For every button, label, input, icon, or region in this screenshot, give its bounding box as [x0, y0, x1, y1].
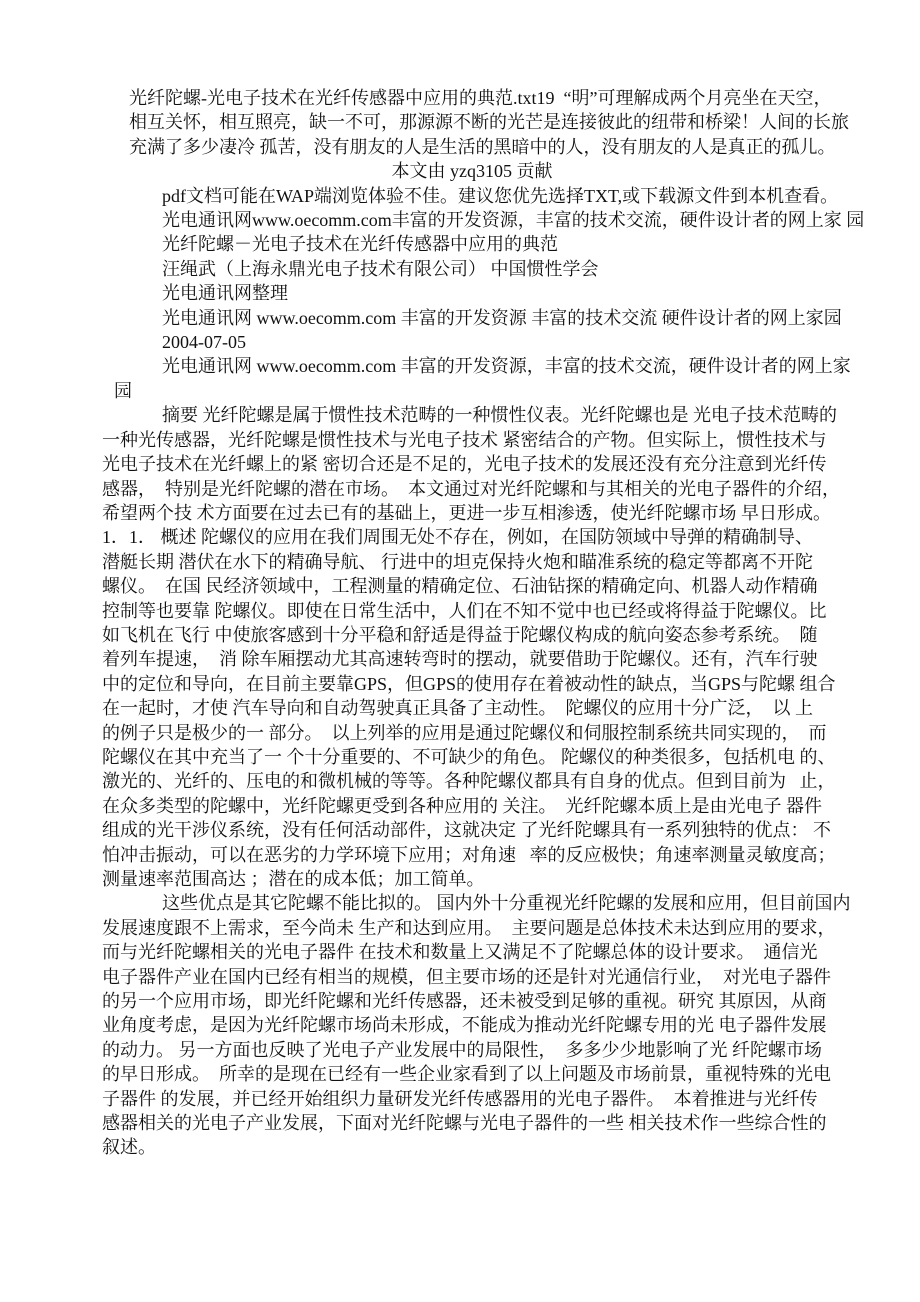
doc-line: 中的定位和导向，在目前主要靠GPS，但GPS的使用存在着被动性的缺点，当GPS与…	[102, 672, 842, 696]
doc-line: 希望两个技 术方面要在过去已有的基础上，更进一步互相渗透，使光纤陀螺市场 早日形…	[102, 501, 842, 525]
site-banner-line: 光电通讯网 www.oecomm.com 丰富的开发资源 丰富的技术交流 硬件设…	[162, 306, 842, 330]
wap-notice-line: pdf文档可能在WAP端浏览体验不佳。建议您优先选择TXT,或下载源文件到本机查…	[162, 184, 842, 208]
editor-line: 光电通讯网整理	[162, 281, 842, 305]
doc-line: 一种光传感器，光纤陀螺是惯性技术与光电子技术 紧密结合的产物。但实际上，惯性技术…	[102, 428, 842, 452]
doc-line: 充满了多少凄冷 孤苦，没有朋友的人是生活的黑暗中的人，没有朋友的人是真正的孤儿。	[129, 135, 842, 159]
author-line: 汪绳武（上海永鼎光电子技术有限公司） 中国惯性学会	[162, 257, 842, 281]
doc-line: 怕冲击振动，可以在恶劣的力学环境下应用；对角速 率的反应极快；角速率测量灵敏度高…	[102, 843, 842, 867]
article-title-line: 光纤陀螺－光电子技术在光纤传感器中应用的典范	[162, 232, 842, 256]
doc-line: 业角度考虑，是因为光纤陀螺市场尚未形成，不能成为推动光纤陀螺专用的光 电子器件发…	[102, 1013, 842, 1037]
doc-line: 的另一个应用市场，即光纤陀螺和光纤传感器，还未被受到足够的重视。研究 其原因，从…	[102, 989, 842, 1013]
doc-line: 的动力。 另一方面也反映了光电子产业发展中的局限性， 多多少少地影响了光 纤陀螺…	[102, 1038, 842, 1062]
site-banner-line: 光电通讯网 www.oecomm.com 丰富的开发资源，丰富的技术交流，硬件设…	[162, 354, 842, 378]
section-start-line: 1．1． 概述 陀螺仪的应用在我们周围无处不存在，例如，在国防领域中导弹的精确制…	[102, 525, 842, 549]
doc-line: 电子器件产业在国内已经有相当的规模，但主要市场的还是针对光通信行业， 对光电子器…	[102, 965, 842, 989]
doc-line: 测量速率范围高达 ；潜在的成本低；加工简单。	[102, 867, 842, 891]
doc-line: 感器， 特别是光纤陀螺的潜在市场。 本文通过对光纤陀螺和与其相关的光电子器件的介…	[102, 477, 842, 501]
doc-line: 在一起时，才使 汽车导向和自动驾驶真正具备了主动性。 陀螺仪的应用十分广泛， 以…	[102, 696, 842, 720]
doc-line: 发展速度跟不上需求，至今尚未 生产和达到应用。 主要问题是总体技术未达到应用的要…	[102, 916, 842, 940]
doc-line: 的早日形成。 所幸的是现在已经有一些企业家看到了以上问题及市场前景，重视特殊的光…	[102, 1062, 842, 1086]
doc-line: 感器相关的光电子产业发展，下面对光纤陀螺与光电子器件的一些 相关技术作一些综合性…	[102, 1111, 842, 1135]
doc-line: 在众多类型的陀螺中，光纤陀螺更受到各种应用的 关注。 光纤陀螺本质上是由光电子 …	[102, 794, 842, 818]
abstract-start-line: 摘要 光纤陀螺是属于惯性技术范畴的一种惯性仪表。光纤陀螺也是 光电子技术范畴的	[162, 403, 842, 427]
doc-line: 控制等也要靠 陀螺仪。即使在日常生活中，人们在不知不觉中也已经或将得益于陀螺仪。…	[102, 599, 842, 623]
wrapped-char-line: 园	[114, 379, 842, 403]
document-text: 光纤陀螺-光电子技术在光纤传感器中应用的典范.txt19 “明”可理解成两个月亮…	[102, 86, 842, 1160]
doc-line: 着列车提速， 消 除车厢摆动尤其高速转弯时的摆动，就要借助于陀螺仪。还有，汽车行…	[102, 647, 842, 671]
doc-line: 如飞机在飞行 中使旅客感到十分平稳和舒适是得益于陀螺仪构成的航向姿态参考系统。 …	[102, 623, 842, 647]
date-line: 2004-07-05	[162, 330, 842, 354]
doc-line: 相互关怀，相互照亮，缺一不可，那源源不断的光芒是连接彼此的纽带和桥梁！人间的长旅	[129, 110, 842, 134]
doc-line: 潜艇长期 潜伏在水下的精确导航、 行进中的坦克保持火炮和瞄准系统的稳定等都离不开…	[102, 550, 842, 574]
doc-line: 叙述。	[102, 1135, 842, 1159]
paragraph-start-line: 这些优点是其它陀螺不能比拟的。 国内外十分重视光纤陀螺的发展和应用，但目前国内	[162, 891, 842, 915]
doc-title-line: 光纤陀螺-光电子技术在光纤传感器中应用的典范.txt19 “明”可理解成两个月亮…	[129, 86, 842, 110]
contributor-line: 本文由 yzq3105 贡献	[102, 159, 842, 183]
doc-line: 陀螺仪在其中充当了一 个十分重要的、不可缺少的角色。 陀螺仪的种类很多，包括机电…	[102, 745, 842, 769]
site-banner-line: 光电通讯网www.oecomm.com丰富的开发资源，丰富的技术交流，硬件设计者…	[162, 208, 842, 232]
doc-line: 激光的、光纤的、压电的和微机械的等等。各种陀螺仪都具有自身的优点。但到目前为 止…	[102, 769, 842, 793]
doc-line: 光电子技术在光纤螺上的紧 密切合还是不足的，光电子技术的发展还没有充分注意到光纤…	[102, 452, 842, 476]
doc-line: 而与光纤陀螺相关的光电子器件 在技术和数量上又满足不了陀螺总体的设计要求。 通信…	[102, 940, 842, 964]
doc-line: 组成的光干涉仪系统，没有任何活动部件，这就决定 了光纤陀螺具有一系列独特的优点：…	[102, 818, 842, 842]
doc-line: 子器件 的发展，并已经开始组织力量研发光纤传感器用的光电子器件。 本着推进与光纤…	[102, 1087, 842, 1111]
document-page: 光纤陀螺-光电子技术在光纤传感器中应用的典范.txt19 “明”可理解成两个月亮…	[0, 0, 920, 1302]
doc-line: 螺仪。 在国 民经济领域中，工程测量的精确定位、石油钻探的精确定向、机器人动作精…	[102, 574, 842, 598]
doc-line: 的例子只是极少的一 部分。 以上列举的应用是通过陀螺仪和伺服控制系统共同实现的，…	[102, 721, 842, 745]
